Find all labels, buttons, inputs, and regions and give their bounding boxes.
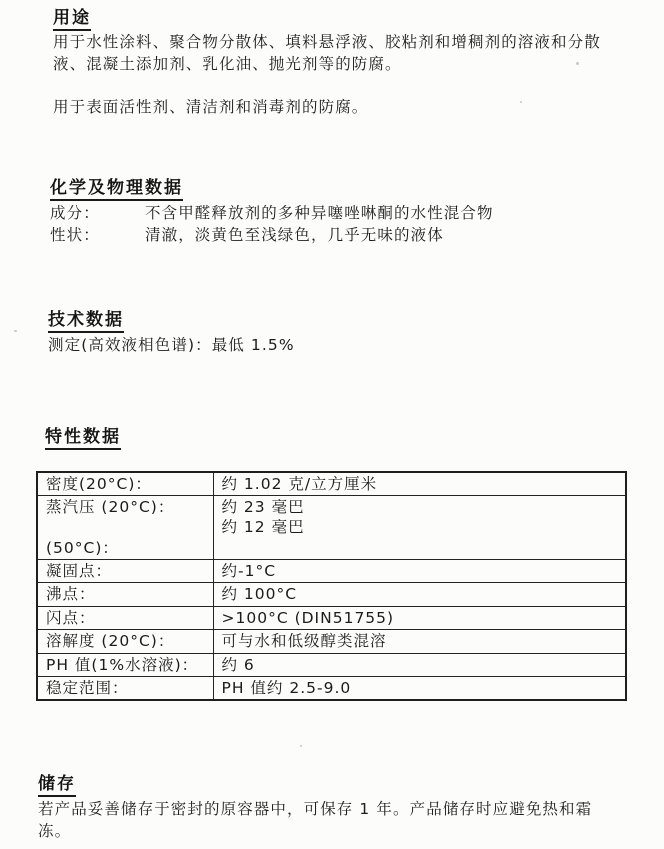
vapor-label-line-20c: 蒸汽压 (20°C)： [46, 497, 207, 517]
properties-heading: 特性数据 [45, 428, 121, 450]
row-value: PH 值约 2.5-9.0 [213, 677, 626, 701]
properties-table-wrap: 密度(20°C)： 约 1.02 克/立方厘米 蒸汽压 (20°C)： (50°… [36, 471, 627, 701]
row-label: 密度(20°C)： [37, 472, 213, 496]
table-row-flash-point: 闪点： >100°C (DIN51755) [37, 607, 626, 630]
vapor-value-line-2: 约 12 毫巴 [222, 517, 620, 537]
table-row-solubility: 溶解度 (20°C)： 可与水和低级醇类混溶 [37, 630, 626, 654]
row-label: PH 值(1%水溶液)： [37, 654, 213, 677]
composition-row: 成分： 不含甲醛释放剂的多种异噻唑啉酮的水性混合物 [50, 202, 494, 224]
row-label: 凝固点： [37, 560, 213, 583]
text-line: 若产品妥善储存于密封的原容器中，可保存 1 年。产品储存时应避免热和霜 [38, 798, 592, 820]
scan-speck [300, 745, 302, 747]
row-value: >100°C (DIN51755) [213, 607, 626, 630]
properties-table: 密度(20°C)： 约 1.02 克/立方厘米 蒸汽压 (20°C)： (50°… [36, 471, 627, 701]
scan-speck [14, 330, 17, 332]
text-line: 用于水性涂料、聚合物分散体、填料悬浮液、胶粘剂和增稠剂的溶液和分散 [53, 31, 601, 53]
row-label: 稳定范围： [37, 677, 213, 701]
row-label: 溶解度 (20°C)： [37, 630, 213, 654]
row-label: 蒸汽压 (20°C)： (50°C)： [37, 496, 213, 560]
table-row-ph-value: PH 值(1%水溶液)： 约 6 [37, 654, 626, 677]
composition-label: 成分： [50, 202, 145, 224]
text-line: 用于表面活性剂、清洁剂和消毒剂的防腐。 [53, 96, 368, 118]
row-value: 约 23 毫巴 约 12 毫巴 [213, 496, 626, 560]
assay-line: 测定(高效液相色谱)：最低 1.5% [48, 334, 295, 356]
table-row-vapor-pressure: 蒸汽压 (20°C)： (50°C)： 约 23 毫巴 约 12 毫巴 [37, 496, 626, 560]
appearance-row: 性状： 清澈，淡黄色至浅绿色，几乎无味的液体 [50, 224, 494, 246]
section-storage: 储存 [38, 774, 76, 797]
row-value: 可与水和低级醇类混溶 [213, 630, 626, 654]
table-row-boiling-point: 沸点： 约 100°C [37, 583, 626, 607]
text-line: 液、混凝土添加剂、乳化油、抛光剂等的防腐。 [53, 53, 601, 75]
section-technical: 技术数据 [48, 310, 124, 333]
row-label: 闪点： [37, 607, 213, 630]
row-value: 约 6 [213, 654, 626, 677]
row-value: 约 100°C [213, 583, 626, 607]
chem-phys-rows: 成分： 不含甲醛释放剂的多种异噻唑啉酮的水性混合物 性状： 清澈，淡黄色至浅绿色… [50, 202, 494, 246]
section-chem-phys: 化学及物理数据 [50, 178, 183, 201]
usage-paragraph-2: 用于表面活性剂、清洁剂和消毒剂的防腐。 [53, 96, 368, 118]
usage-paragraph-1: 用于水性涂料、聚合物分散体、填料悬浮液、胶粘剂和增稠剂的溶液和分散 液、混凝土添… [53, 31, 601, 75]
table-row-density: 密度(20°C)： 约 1.02 克/立方厘米 [37, 472, 626, 496]
chem-phys-heading: 化学及物理数据 [50, 179, 183, 201]
row-value: 约 1.02 克/立方厘米 [213, 472, 626, 496]
vapor-value-line-1: 约 23 毫巴 [222, 497, 620, 517]
storage-heading: 储存 [38, 775, 76, 797]
text-line: 冻。 [38, 820, 592, 842]
section-usage: 用途 [53, 8, 91, 31]
appearance-label: 性状： [50, 224, 145, 246]
scan-speck [520, 101, 522, 103]
row-value: 约-1°C [213, 560, 626, 583]
usage-heading: 用途 [53, 9, 91, 31]
appearance-value: 清澈，淡黄色至浅绿色，几乎无味的液体 [145, 224, 444, 246]
table-row-stability-range: 稳定范围： PH 值约 2.5-9.0 [37, 677, 626, 701]
storage-paragraph: 若产品妥善储存于密封的原容器中，可保存 1 年。产品储存时应避免热和霜 冻。 [38, 798, 592, 842]
vapor-label-line-50c: (50°C)： [46, 538, 207, 558]
technical-heading: 技术数据 [48, 311, 124, 333]
section-properties: 特性数据 [45, 427, 121, 450]
table-row-freezing-point: 凝固点： 约-1°C [37, 560, 626, 583]
composition-value: 不含甲醛释放剂的多种异噻唑啉酮的水性混合物 [145, 202, 494, 224]
technical-line-wrap: 测定(高效液相色谱)：最低 1.5% [48, 334, 295, 356]
scan-speck [576, 62, 579, 65]
row-label: 沸点： [37, 583, 213, 607]
